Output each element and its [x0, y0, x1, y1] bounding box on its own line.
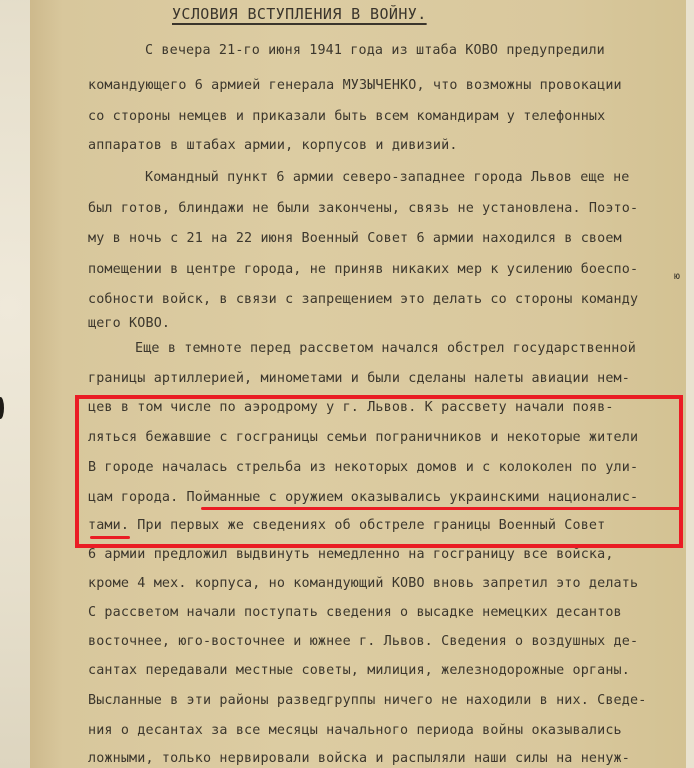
text-line: Высланные в эти районы разведгруппы ниче…	[88, 693, 646, 708]
text-line: границы артиллерией, минометами и были с…	[88, 371, 630, 386]
text-line: С рассветом начали поступать сведения о …	[88, 605, 622, 620]
text-line: сантах передавали местные советы, милици…	[88, 663, 630, 678]
highlight-underline	[201, 507, 681, 510]
text-line: Командный пункт 6 армии северо-западнее …	[145, 170, 630, 185]
text-line: кроме 4 мех. корпуса, но командующий КОВ…	[88, 576, 638, 591]
text-line: Еще в темноте перед рассветом начался об…	[135, 341, 636, 356]
text-line: му в ночь с 21 на 22 июня Военный Совет …	[88, 231, 622, 246]
handwritten-correction: ю	[674, 271, 680, 282]
text-line: щего КОВО.	[88, 316, 170, 331]
document-title: УСЛОВИЯ ВСТУПЛЕНИЯ В ВОЙНУ.	[172, 5, 427, 23]
text-line: ложными, только нервировали войска и рас…	[88, 751, 630, 766]
binding-hole	[0, 397, 4, 419]
highlight-underline	[90, 536, 130, 539]
page-left-margin	[0, 0, 30, 768]
text-line: аппаратов в штабах армии, корпусов и див…	[88, 138, 458, 153]
text-line: со стороны немцев и приказали быть всем …	[88, 109, 605, 124]
text-line: помещении в центре города, не приняв ник…	[88, 262, 638, 277]
text-line: восточнее, юго-восточнее и южнее г. Льво…	[88, 634, 638, 649]
text-line: 6 армии предложил выдвинуть немедленно н…	[88, 547, 614, 562]
text-line: был готов, блиндажи не были закончены, с…	[88, 201, 638, 216]
text-line: собности войск, в связи с запрещением эт…	[88, 292, 638, 307]
text-line: ния о десантах за все месяцы начального …	[88, 723, 622, 738]
highlight-box	[75, 395, 683, 548]
text-line: С вечера 21-го июня 1941 года из штаба К…	[145, 43, 605, 58]
text-line: командующего 6 армией генерала МУЗЫЧЕНКО…	[88, 78, 622, 93]
page-right-margin	[686, 0, 694, 768]
